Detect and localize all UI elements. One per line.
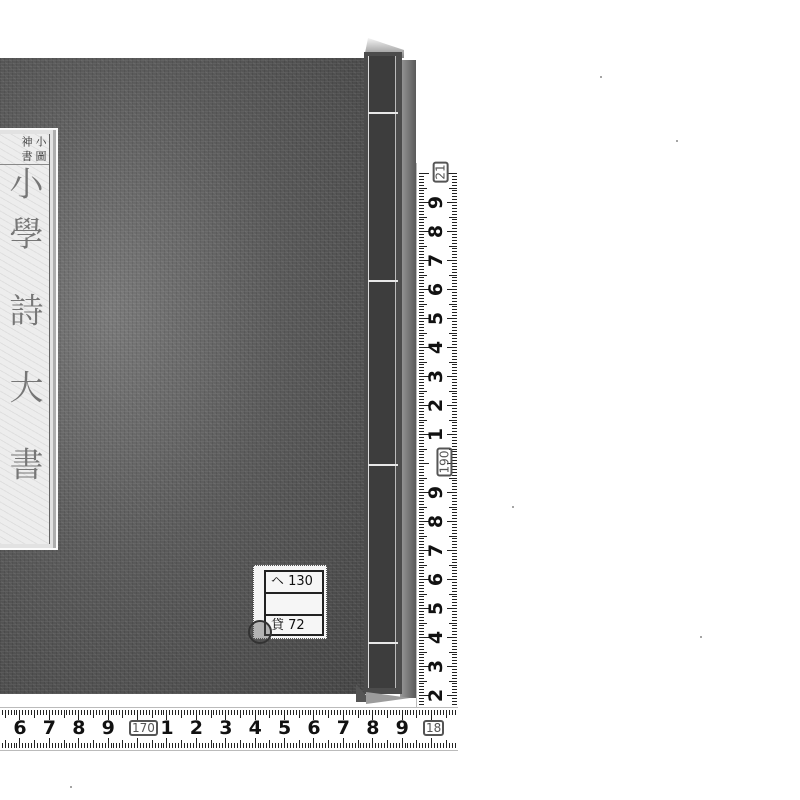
ruler-tick [96,743,97,748]
ruler-tick [419,379,424,380]
ruler-tick [422,710,423,715]
ruler-tick [419,367,424,368]
ruler-tick [61,743,62,748]
ruler-tick [293,710,294,715]
binding-stitch [368,280,398,282]
ruler-tick [452,228,457,229]
ruler-tick [178,710,179,715]
ruler-tick [202,710,203,715]
ruler-tick [419,225,424,226]
ruler-number: 9 [427,486,446,499]
ruler-tick [102,710,103,715]
ruler-tick [419,408,424,409]
scan-speck [676,140,678,142]
ruler-tick [449,743,450,748]
ruler-tick [72,710,73,715]
ruler-tick [199,743,200,748]
ruler-tick [431,710,432,720]
ruler-tick [131,710,132,715]
ruler-tick [452,643,457,644]
ruler-number: 9 [396,719,409,738]
ruler-tick [5,710,6,718]
ruler-tick [452,576,457,577]
ruler-tick [419,269,424,270]
ruler-tick [163,743,164,748]
ruler-tick [419,463,429,464]
ruler-tick [255,738,256,748]
ruler-tick [419,234,424,235]
ruler-tick [419,657,424,658]
ruler-number: 3 [219,719,232,738]
ruler-tick [246,710,247,715]
ruler-tick [452,743,453,748]
ruler-tick [419,562,424,563]
ruler-tick [452,596,457,597]
ruler-number: 8 [366,719,379,738]
ruler-tick [419,701,424,702]
ruler-tick [443,743,444,748]
ruler-tick [155,710,156,715]
ruler-tick [447,666,457,667]
ruler-tick [452,222,457,223]
ruler-tick [452,234,457,235]
ruler-tick [410,743,411,748]
ruler-tick [419,275,427,276]
ruler-tick [419,654,424,655]
book-spine [364,52,402,694]
ruler-tick [87,710,88,715]
ruler-tick [452,269,457,270]
ruler-tick [425,710,426,715]
ruler-tick [105,743,106,748]
ruler-tick [452,414,457,415]
ruler-tick [196,738,197,748]
ruler-tick [184,710,185,715]
ruler-tick [428,743,429,748]
ruler-tick [419,489,424,490]
ruler-tick [452,356,457,357]
ruler-tick [419,559,424,560]
ruler-tick [275,743,276,748]
ruler-tick [452,428,457,429]
ruler-tick [449,478,457,479]
ruler-tick [28,710,29,715]
horizontal-ruler: 5678917012345678918 [0,707,458,751]
ruler-tick [449,333,457,334]
title-slip: 小 圖 神 書 小學 詩 大 書 初 [0,128,58,550]
ruler-tick [419,518,424,519]
ruler-tick [5,740,6,748]
ruler-tick [449,391,457,392]
ruler-tick [419,335,424,336]
ruler-tick [452,344,457,345]
ruler-tick [452,208,457,209]
ruler-tick [452,495,457,496]
ruler-tick [452,219,457,220]
ruler-tick [452,440,457,441]
ruler-tick [419,338,424,339]
ruler-tick [246,743,247,748]
ruler-tick [11,743,12,748]
ruler-tick [452,710,453,715]
ruler-tick [208,710,209,715]
ruler-tick [396,743,397,748]
ruler-tick [25,743,26,748]
ruler-tick [358,740,359,748]
ruler-tick [419,536,427,537]
ruler-tick [240,710,241,718]
ruler-tick [419,301,424,302]
ruler-tick [143,710,144,715]
ruler-number: 2 [427,399,446,412]
spine-panel [368,56,396,112]
ruler-tick [419,248,424,249]
ruler-tick [419,277,424,278]
ruler-tick [69,710,70,715]
ruler-tick [419,283,424,284]
ruler-tick [119,743,120,748]
ruler-tick [258,710,259,715]
ruler-tick [452,654,457,655]
ruler-tick [452,701,457,702]
ruler-tick [8,743,9,748]
ruler-tick [234,743,235,748]
ruler-tick [447,318,457,319]
ruler-tick [349,710,350,715]
ruler-tick [452,692,457,693]
ruler-tick [452,538,457,539]
ruler-tick [452,196,457,197]
ruler-tick [419,533,424,534]
ruler-tick [99,710,100,715]
ruler-tick [211,740,212,748]
ruler-tick [366,710,367,715]
ruler-tick [163,710,164,715]
ruler-tick [449,188,457,189]
ruler-tick [447,376,457,377]
slip-title-text: 小學 詩 大 書 初 [4,166,45,534]
ruler-number: 7 [337,719,350,738]
ruler-tick [452,501,457,502]
ruler-tick [419,507,427,508]
ruler-tick [337,710,338,715]
ruler-tick [447,521,457,522]
ruler-tick [452,214,457,215]
ruler-tick [278,710,279,715]
ruler-tick [419,309,424,310]
ruler-tick [352,743,353,748]
ruler-tick [447,289,457,290]
ruler-tick [355,743,356,748]
ruler-tick [49,738,50,748]
ruler-tick [452,489,457,490]
ruler-tick [419,512,424,513]
ruler-tick [413,743,414,748]
ruler-tick [278,743,279,748]
ruler-tick [452,475,457,476]
ruler-tick [455,743,456,748]
scan-speck [70,786,72,788]
ruler-tick [419,457,424,458]
ruler-number: 3 [427,370,446,383]
ruler-tick [419,501,424,502]
ruler-tick [416,740,417,748]
ruler-tick [378,743,379,748]
ruler-tick [213,710,214,715]
ruler-tick [452,199,457,200]
ruler-tick [369,710,370,715]
ruler-tick [452,263,457,264]
ruler-tick [419,298,424,299]
ruler-tick [316,743,317,748]
ruler-tick [111,743,112,748]
ruler-tick [419,469,424,470]
ruler-tick [452,283,457,284]
ruler-tick [81,743,82,748]
ruler-tick [331,743,332,748]
ruler-tick [146,710,147,715]
ruler-tick [452,338,457,339]
ruler-tick [419,208,424,209]
ruler-tick [249,710,250,715]
ruler-tick [452,237,457,238]
ruler-tick [407,743,408,748]
ruler-tick [452,585,457,586]
ruler-tick [419,193,424,194]
ruler-tick [281,710,282,715]
ruler-tick [93,740,94,748]
ruler-tick [305,710,306,715]
ruler-tick [419,646,424,647]
ruler-tick [175,743,176,748]
ruler-tick [287,710,288,715]
ruler-tick [234,710,235,715]
ruler-tick [90,710,91,715]
ruler-tick [419,228,424,229]
ruler-tick [119,710,120,715]
ruler-tick [419,246,427,247]
ruler-tick [447,405,457,406]
ruler-tick [419,205,424,206]
ruler-tick [452,399,457,400]
ruler-tick [419,538,424,539]
ruler-tick [116,710,117,715]
ruler-number: 1 [160,719,173,738]
ruler-number: 7 [427,544,446,557]
ruler-tick [419,678,424,679]
ruler-tick [452,541,457,542]
ruler-tick [340,743,341,748]
ruler-tick [419,266,424,267]
ruler-tick [260,710,261,715]
ruler-tick [419,254,424,255]
ruler-tick [328,710,329,718]
ruler-tick [258,743,259,748]
ruler-tick [184,743,185,748]
ruler-tick [31,743,32,748]
ruler-tick [310,743,311,748]
ruler-tick [55,743,56,748]
ruler-tick [393,710,394,715]
ruler-tick [187,743,188,748]
ruler-tick [266,710,267,715]
ruler-tick [64,740,65,748]
ruler-tick [449,536,457,537]
ruler-number: 8 [72,719,85,738]
ruler-tick [146,743,147,748]
ruler-tick [452,515,457,516]
ruler-tick [446,710,447,718]
ruler-tick [211,710,212,718]
ruler-tick [419,689,424,690]
ruler-tick [228,743,229,748]
ruler-tick [419,199,424,200]
ruler-tick [419,672,424,673]
ruler-tick [199,710,200,715]
ruler-number: 170 [129,720,158,736]
ruler-tick [72,743,73,748]
ruler-tick [419,333,427,334]
ruler-tick [269,710,270,718]
ruler-tick [387,710,388,718]
ruler-tick [419,214,424,215]
ruler-tick [178,743,179,748]
ruler-tick [419,617,424,618]
ruler-tick [419,620,424,621]
ruler-tick [93,710,94,718]
ruler-tick [419,292,424,293]
scan-speck [600,76,602,78]
title-slip-frame: 小 圖 神 書 小學 詩 大 書 初 [0,134,50,544]
ruler-tick [419,428,424,429]
ruler-tick [452,425,457,426]
ruler-tick [419,509,424,510]
ruler-tick [419,466,424,467]
ruler-tick [452,625,457,626]
ruler-tick [158,710,159,715]
ruler-tick [96,710,97,715]
ruler-tick [69,743,70,748]
ruler-tick [231,743,232,748]
ruler-tick [428,710,429,715]
ruler-tick [419,440,424,441]
ruler-tick [452,341,457,342]
ruler-tick [99,743,100,748]
ruler-tick [419,698,424,699]
ruler-tick [419,243,424,244]
ruler-tick [419,364,424,365]
ruler-tick [452,185,457,186]
ruler-tick [452,631,457,632]
ruler-tick [419,359,424,360]
ruler-tick [125,710,126,715]
ruler-tick [299,740,300,748]
ruler-tick [75,710,76,715]
ruler-tick [316,710,317,715]
ruler-number: 4 [249,719,262,738]
ruler-number: 21 [433,161,449,182]
ruler-tick [263,743,264,748]
ruler-number: 7 [43,719,56,738]
ruler-tick [419,602,424,603]
ruler-tick [452,327,457,328]
binding-stitch [368,112,398,114]
ruler-tick [152,740,153,748]
ruler-tick [237,743,238,748]
ruler-tick [352,710,353,715]
ruler-tick [452,422,457,423]
ruler-tick [419,660,424,661]
ruler-tick [452,704,457,705]
ruler-tick [143,743,144,748]
ruler-tick [402,738,403,748]
ruler-number: 8 [427,515,446,528]
ruler-tick [22,710,23,715]
ruler-tick [346,710,347,715]
ruler-tick [452,486,457,487]
ruler-tick [452,388,457,389]
ruler-tick [419,495,424,496]
ruler-tick [419,382,424,383]
ruler-tick [337,743,338,748]
ruler-tick [419,190,424,191]
ruler-tick [419,460,424,461]
ruler-tick [108,738,109,748]
ruler-tick [419,634,424,635]
ruler-tick [149,710,150,715]
ruler-tick [343,738,344,748]
ruler-tick [243,743,244,748]
ruler-tick [128,710,129,715]
ruler-tick [416,710,417,718]
ruler-tick [66,743,67,748]
ruler-tick [358,710,359,718]
ruler-tick [419,272,424,273]
ruler-tick [161,710,162,715]
ruler-tick [419,306,424,307]
ruler-tick [455,710,456,715]
ruler-tick [310,710,311,715]
ruler-number: 4 [427,341,446,354]
ruler-tick [75,743,76,748]
ruler-tick [387,740,388,748]
ruler-tick [419,411,424,412]
ruler-tick [419,599,424,600]
ruler-tick [452,527,457,528]
ruler-number: 6 [427,283,446,296]
ruler-tick [452,698,457,699]
ruler-tick [419,611,424,612]
ruler-tick [452,266,457,267]
ruler-tick [166,738,167,748]
ruler-number: 4 [427,631,446,644]
ruler-tick [375,743,376,748]
ruler-tick [419,240,424,241]
call-number-row: 貸 72 [266,616,322,636]
ruler-tick [447,637,457,638]
ruler-tick [419,321,424,322]
ruler-tick [122,710,123,718]
ruler-tick [37,743,38,748]
ruler-tick [2,710,3,715]
ruler-tick [419,570,424,571]
ruler-tick [419,541,424,542]
ruler-tick [452,591,457,592]
ruler-tick [369,743,370,748]
ruler-tick [113,710,114,715]
ruler-tick [419,385,424,386]
ruler-tick [419,530,424,531]
